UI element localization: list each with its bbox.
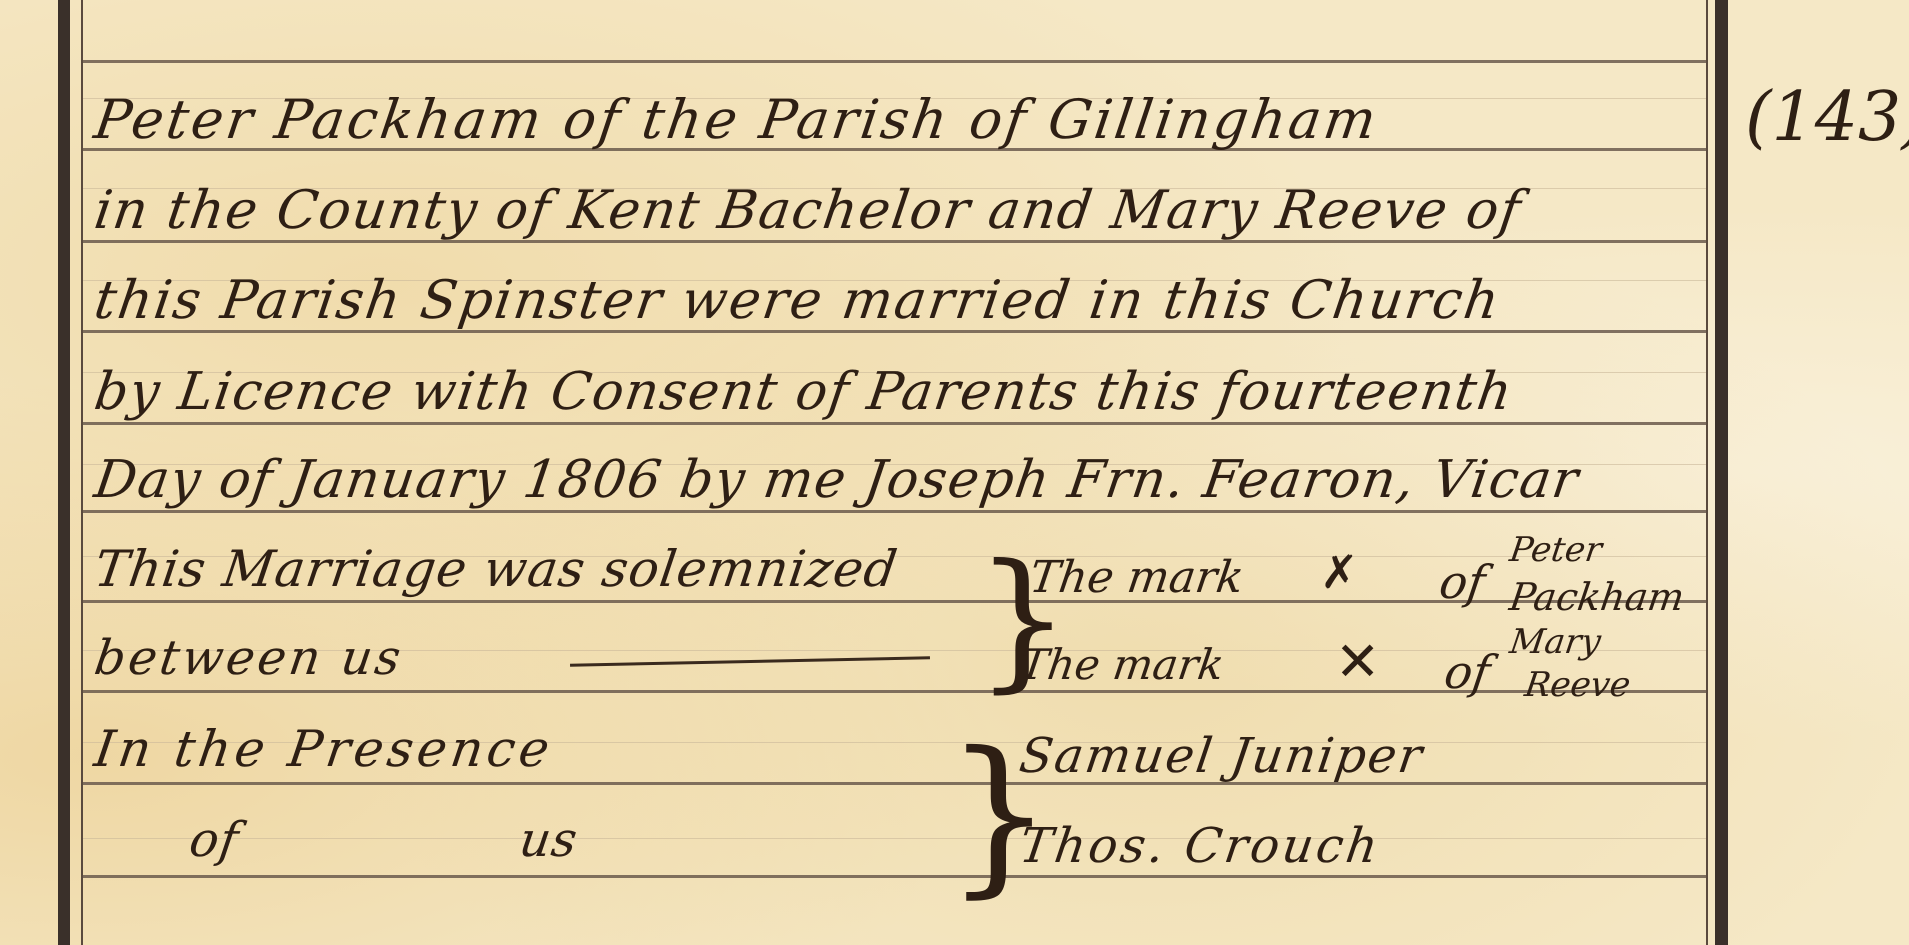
between-us-label: between us — [91, 630, 407, 686]
party-2-given-name: Mary — [1507, 622, 1603, 662]
party-1-mark-icon: ✗ — [1320, 545, 1359, 599]
rule-line-9 — [83, 875, 1706, 878]
witness-1-signature: Samuel Juniper — [1016, 728, 1427, 784]
top-rule — [83, 60, 1706, 63]
register-page: (143) Peter Packham of the Parish of Gil… — [0, 0, 1909, 945]
party-2-mark-icon: ✕ — [1335, 630, 1380, 693]
entry-line-3: this Parish Spinster were married in thi… — [91, 270, 1505, 331]
right-border-thick — [1715, 0, 1728, 945]
left-border-thin — [81, 0, 83, 945]
party-1-of: of — [1436, 555, 1488, 609]
guide-rule — [83, 838, 1706, 839]
party-1-surname: Packham — [1507, 575, 1687, 619]
entry-line-5: Day of January 1806 by me Joseph Frn. Fe… — [91, 450, 1583, 510]
witness-2-signature: Thos. Crouch — [1016, 818, 1384, 874]
right-border-thin — [1706, 0, 1708, 945]
rule-line-8 — [83, 782, 1706, 785]
presence-label: In the Presence — [91, 720, 557, 778]
party-1-mark-prefix: The mark — [1026, 552, 1247, 603]
party-2-surname: Reeve — [1522, 665, 1633, 705]
party-1-given-name: Peter — [1507, 530, 1604, 570]
rule-line-5 — [83, 510, 1706, 513]
page-number: (143) — [1745, 78, 1909, 157]
left-border-thick — [58, 0, 70, 945]
entry-line-1: Peter Packham of the Parish of Gillingha… — [91, 88, 1383, 151]
us-label: us — [516, 812, 581, 868]
party-2-mark-prefix: The mark — [1017, 640, 1228, 689]
rule-line-4 — [83, 422, 1706, 425]
entry-line-2: in the County of Kent Bachelor and Mary … — [91, 180, 1526, 241]
entry-line-4: by Licence with Consent of Parents this … — [91, 362, 1517, 422]
dash-flourish — [570, 656, 930, 667]
party-2-of: of — [1441, 645, 1493, 699]
solemnized-label: This Marriage was solemnized — [91, 540, 901, 598]
of-label: of — [186, 812, 243, 868]
